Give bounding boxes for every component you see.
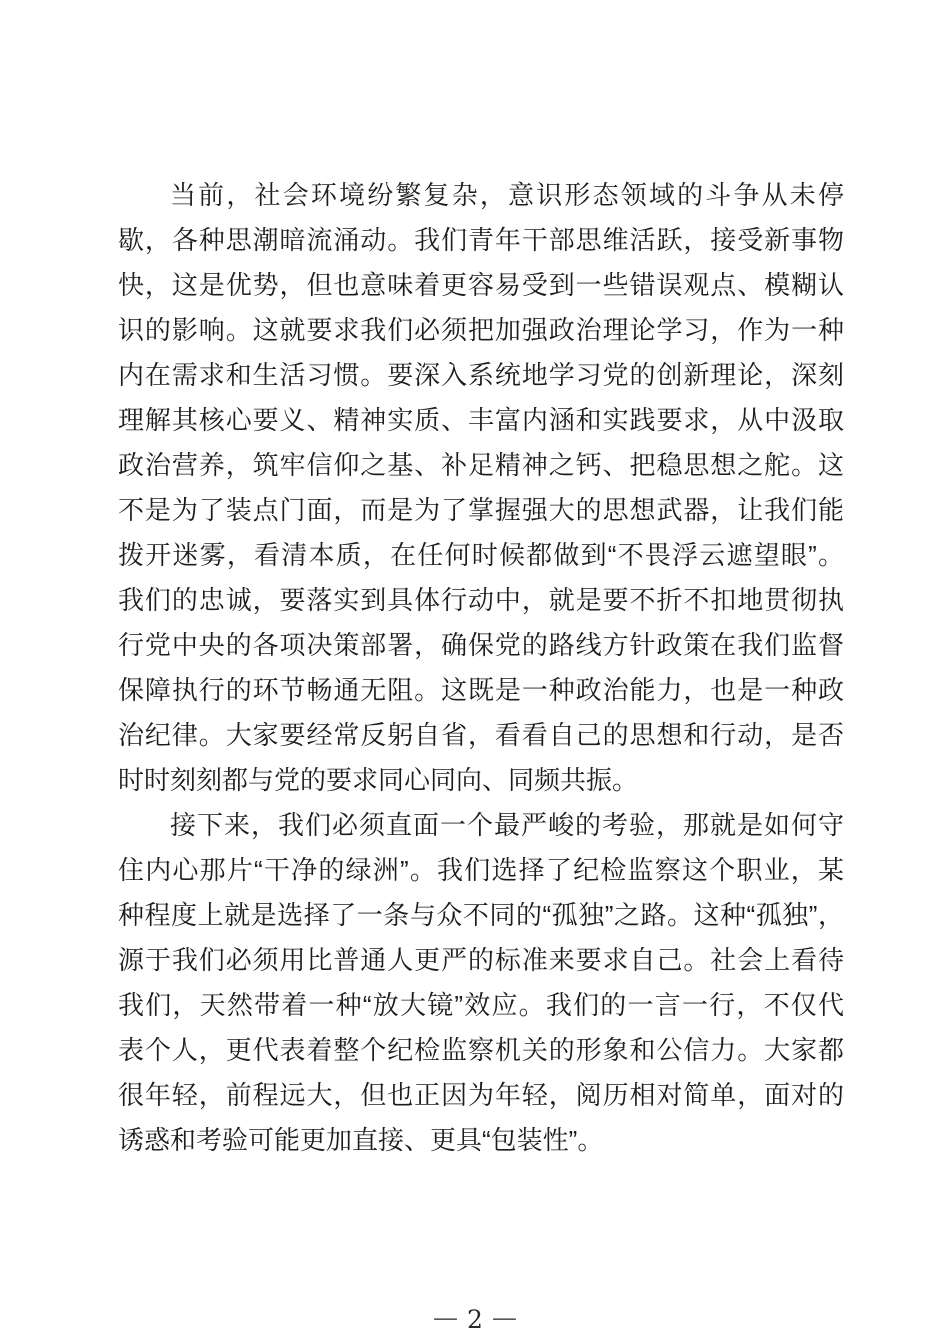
text-line: 理解其核心要义、精神实质、丰富内涵和实践要求，从中汲取 [118, 398, 844, 443]
text-line: 不是为了装点门面，而是为了掌握强大的思想武器，让我们能 [118, 488, 844, 533]
body-text: 当前，社会环境纷繁复杂，意识形态领域的斗争从未停 歇，各种思潮暗流涌动。我们青年… [118, 173, 844, 1163]
paragraph: 接下来，我们必须直面一个最严峻的考验，那就是如何守 住内心那片“干净的绿洲”。我… [118, 803, 844, 1163]
paragraph: 当前，社会环境纷繁复杂，意识形态领域的斗争从未停 歇，各种思潮暗流涌动。我们青年… [118, 173, 844, 803]
text-line: 住内心那片“干净的绿洲”。我们选择了纪检监察这个职业，某 [118, 848, 844, 893]
text-line: 表个人，更代表着整个纪检监察机关的形象和公信力。大家都 [118, 1028, 844, 1073]
text-line: 很年轻，前程远大，但也正因为年轻，阅历相对简单，面对的 [118, 1073, 844, 1118]
text-line: 内在需求和生活习惯。要深入系统地学习党的创新理论，深刻 [118, 353, 844, 398]
text-line: 诱惑和考验可能更加直接、更具“包装性”。 [118, 1118, 844, 1163]
text-line: 识的影响。这就要求我们必须把加强政治理论学习，作为一种 [118, 308, 844, 353]
text-line: 我们的忠诚，要落实到具体行动中，就是要不折不扣地贯彻执 [118, 578, 844, 623]
text-line: 拨开迷雾，看清本质，在任何时候都做到“不畏浮云遮望眼”。 [118, 533, 844, 578]
text-line: 歇，各种思潮暗流涌动。我们青年干部思维活跃，接受新事物 [118, 218, 844, 263]
text-line: 接下来，我们必须直面一个最严峻的考验，那就是如何守 [118, 803, 844, 848]
text-line: 当前，社会环境纷繁复杂，意识形态领域的斗争从未停 [118, 173, 844, 218]
page-footer: —2— [0, 1305, 950, 1334]
text-line: 源于我们必须用比普通人更严的标准来要求自己。社会上看待 [118, 938, 844, 983]
page-number: 2 [467, 1305, 483, 1334]
text-line: 我们，天然带着一种“放大镜”效应。我们的一言一行，不仅代 [118, 983, 844, 1028]
text-line: 保障执行的环节畅通无阻。这既是一种政治能力，也是一种政 [118, 668, 844, 713]
text-line: 治纪律。大家要经常反躬自省，看看自己的思想和行动，是否 [118, 713, 844, 758]
text-line: 政治营养，筑牢信仰之基、补足精神之钙、把稳思想之舵。这 [118, 443, 844, 488]
text-line: 行党中央的各项决策部署，确保党的路线方针政策在我们监督 [118, 623, 844, 668]
document-page: 当前，社会环境纷繁复杂，意识形态领域的斗争从未停 歇，各种思潮暗流涌动。我们青年… [0, 0, 950, 1344]
text-line: 时时刻刻都与党的要求同心同向、同频共振。 [118, 758, 844, 803]
footer-left-dash: — [433, 1303, 458, 1332]
footer-right-dash: — [492, 1303, 517, 1332]
text-line: 种程度上就是选择了一条与众不同的“孤独”之路。这种“孤独”， [118, 893, 844, 938]
text-line: 快，这是优势，但也意味着更容易受到一些错误观点、模糊认 [118, 263, 844, 308]
